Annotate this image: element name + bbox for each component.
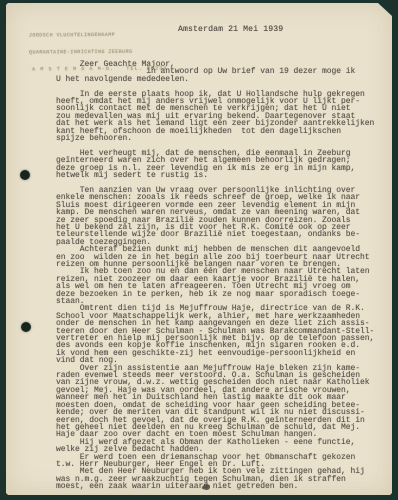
letterhead-line1: JOODSCH VLUCHTELINGENKAMP [29, 33, 167, 40]
date-line: Amsterdam 21 Mei 1939 [178, 25, 283, 34]
letterhead-line2: QUARANTAINE-INRICHTING ZEEBURG [29, 49, 167, 56]
scan-background: { "colors": { "scan_background": "#1c322… [0, 0, 398, 500]
punch-hole-top [20, 170, 30, 180]
scanned-letter: JOODSCH VLUCHTELINGENKAMP QUARANTAINE-IN… [0, 0, 398, 500]
punch-hole-bottom [21, 322, 31, 332]
letter-body: Zeer Geachte Majoor, in antwoord op Uw b… [56, 61, 392, 491]
letter-page: JOODSCH VLUCHTELINGENKAMP QUARANTAINE-IN… [6, 3, 392, 495]
